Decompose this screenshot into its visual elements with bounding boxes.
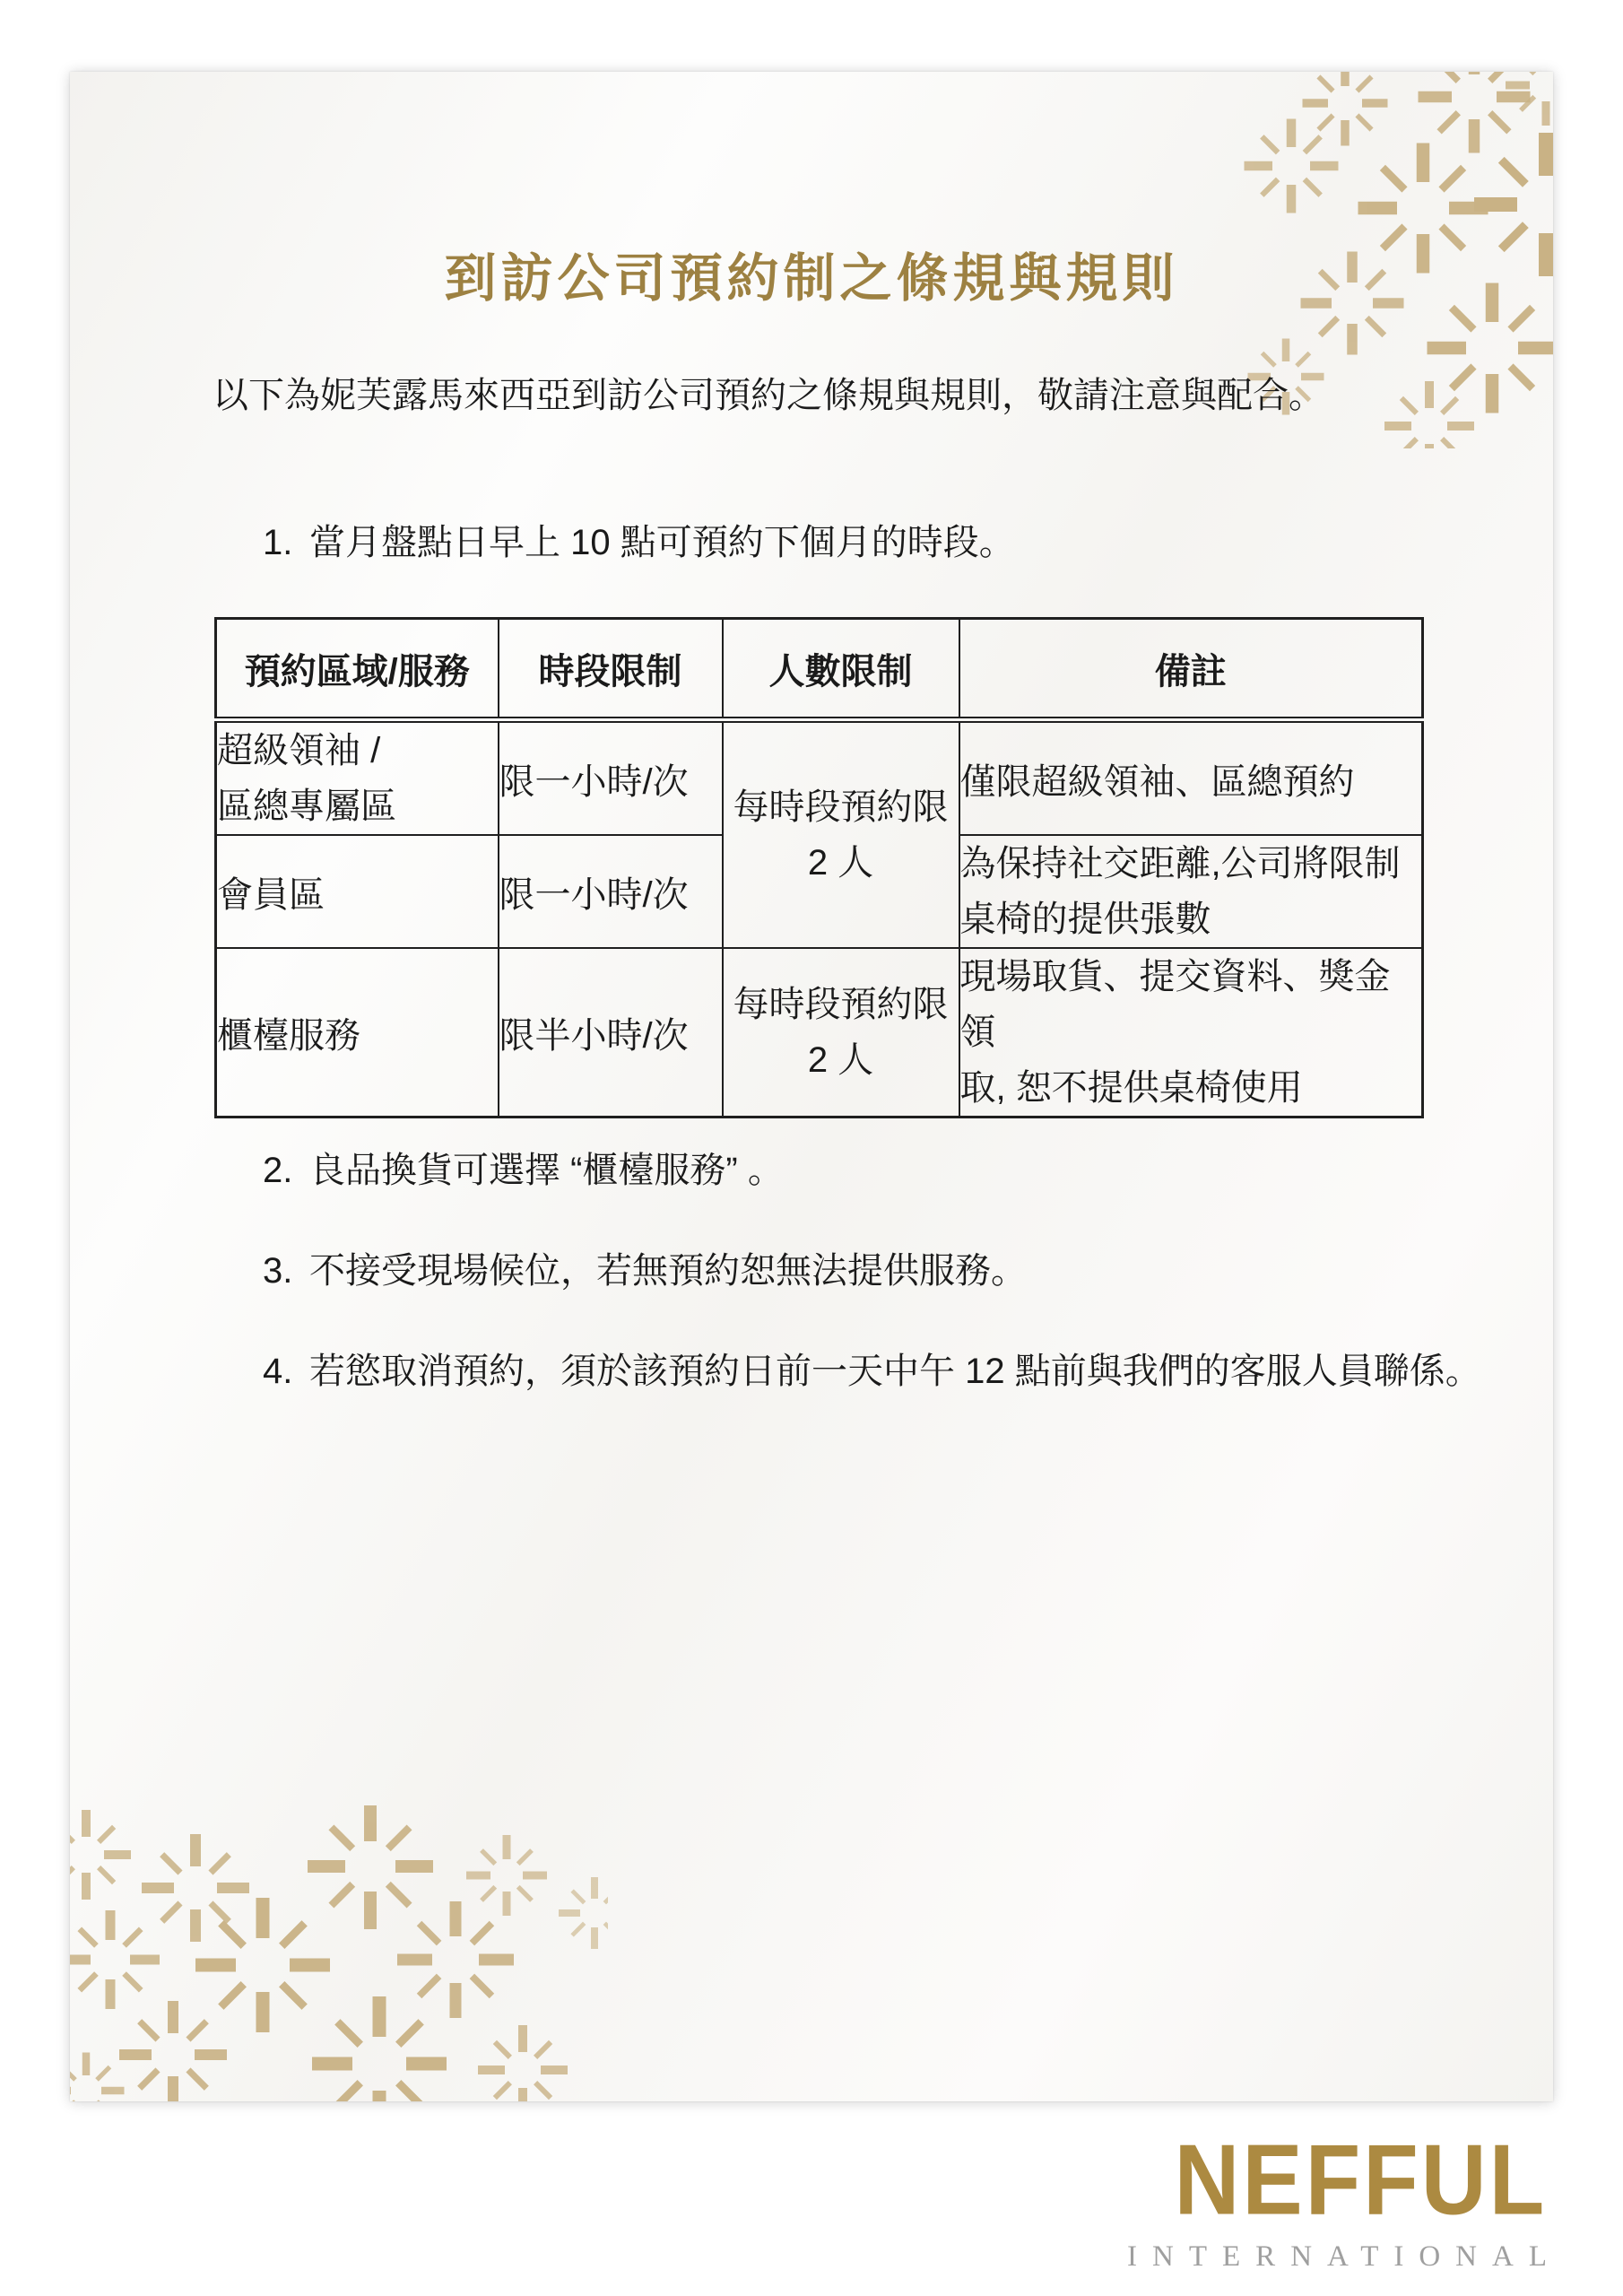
list-item-text: 不接受現場候位，若無預約恕無法提供服務。 (309, 1248, 1027, 1293)
cell-remarks: 僅限超級領袖、區總預約 (959, 720, 1423, 836)
reservation-rules-table: 預約區域/服務 時段限制 人數限制 備註 超級領袖 / 區總專屬區 限一小時/次… (214, 617, 1424, 1118)
list-item-text: 若慾取消預約，須於該預約日前一天中午 12 點前與我們的客服人員聯係。 (309, 1349, 1481, 1394)
cell-line: 2 人 (724, 1032, 959, 1088)
cell-line: 為保持社交距離,公司將限制 (960, 836, 1422, 891)
nefful-international-text: INTERNATIONAL (1081, 2242, 1562, 2272)
cell-remarks: 現場取貨、提交資料、獎金領 取, 恕不提供桌椅使用 (959, 948, 1423, 1118)
cell-people-limit-merged: 每時段預約限 2 人 (723, 720, 959, 949)
list-item-number: 2. (263, 1148, 297, 1193)
nefful-logo: NEFFUL INTERNATIONAL (1081, 2137, 1547, 2272)
cell-area: 會員區 (216, 835, 499, 948)
list-item-text: 良品換貨可選擇 “櫃檯服務” 。 (309, 1148, 784, 1193)
header-time-limit: 時段限制 (499, 619, 723, 720)
cell-area: 超級領袖 / 區總專屬區 (216, 720, 499, 836)
cell-time-limit: 限半小時/次 (499, 948, 723, 1118)
sparkle-icon (70, 1805, 608, 2101)
cell-line: 超級領袖 / (217, 723, 498, 778)
cell-line: 桌椅的提供張數 (960, 891, 1422, 947)
table-header-row: 預約區域/服務 時段限制 人數限制 備註 (216, 619, 1423, 720)
header-area: 預約區域/服務 (216, 619, 499, 720)
table-row: 超級領袖 / 區總專屬區 限一小時/次 每時段預約限 2 人 僅限超級領袖、區總… (216, 720, 1423, 836)
cell-line: 每時段預約限 (724, 779, 959, 835)
cell-time-limit: 限一小時/次 (499, 835, 723, 948)
sparkles-bottom-left-decoration (70, 1805, 608, 2101)
cell-time-limit: 限一小時/次 (499, 720, 723, 836)
list-item-text: 當月盤點日早上 10 點可預約下個月的時段。 (309, 520, 1015, 565)
cell-remarks: 為保持社交距離,公司將限制 桌椅的提供張數 (959, 835, 1423, 948)
document-canvas: 到訪公司預約制之條規與規則 以下為妮芙露馬來西亞到訪公司預約之條規與規則，敬請注… (0, 0, 1623, 2296)
header-people-limit: 人數限制 (723, 619, 959, 720)
document-page: 到訪公司預約制之條規與規則 以下為妮芙露馬來西亞到訪公司預約之條規與規則，敬請注… (70, 72, 1553, 2101)
cell-line: 2 人 (724, 835, 959, 891)
list-item-1: 1. 當月盤點日早上 10 點可預約下個月的時段。 (263, 520, 1491, 565)
list-item-4: 4. 若慾取消預約，須於該預約日前一天中午 12 點前與我們的客服人員聯係。 (263, 1349, 1491, 1394)
list-item-number: 1. (263, 520, 297, 565)
cell-line: 現場取貨、提交資料、獎金領 (960, 949, 1422, 1060)
list-item-number: 3. (263, 1248, 297, 1293)
table-row: 櫃檯服務 限半小時/次 每時段預約限 2 人 現場取貨、提交資料、獎金領 取, … (216, 948, 1423, 1118)
list-item-number: 4. (263, 1349, 297, 1394)
cell-line: 取, 恕不提供桌椅使用 (960, 1060, 1422, 1116)
list-item-3: 3. 不接受現場候位，若無預約恕無法提供服務。 (263, 1248, 1491, 1293)
cell-people-limit: 每時段預約限 2 人 (723, 948, 959, 1118)
header-remarks: 備註 (959, 619, 1423, 720)
page-title: 到訪公司預約制之條規與規則 (70, 236, 1553, 311)
intro-paragraph: 以下為妮芙露馬來西亞到訪公司預約之條規與規則，敬請注意與配合。 (213, 373, 1423, 418)
cell-line: 每時段預約限 (724, 977, 959, 1032)
cell-area: 櫃檯服務 (216, 948, 499, 1118)
list-item-2: 2. 良品換貨可選擇 “櫃檯服務” 。 (263, 1148, 1491, 1193)
nefful-wordmark: NEFFUL (1174, 2130, 1547, 2230)
cell-line: 區總專屬區 (217, 778, 498, 834)
